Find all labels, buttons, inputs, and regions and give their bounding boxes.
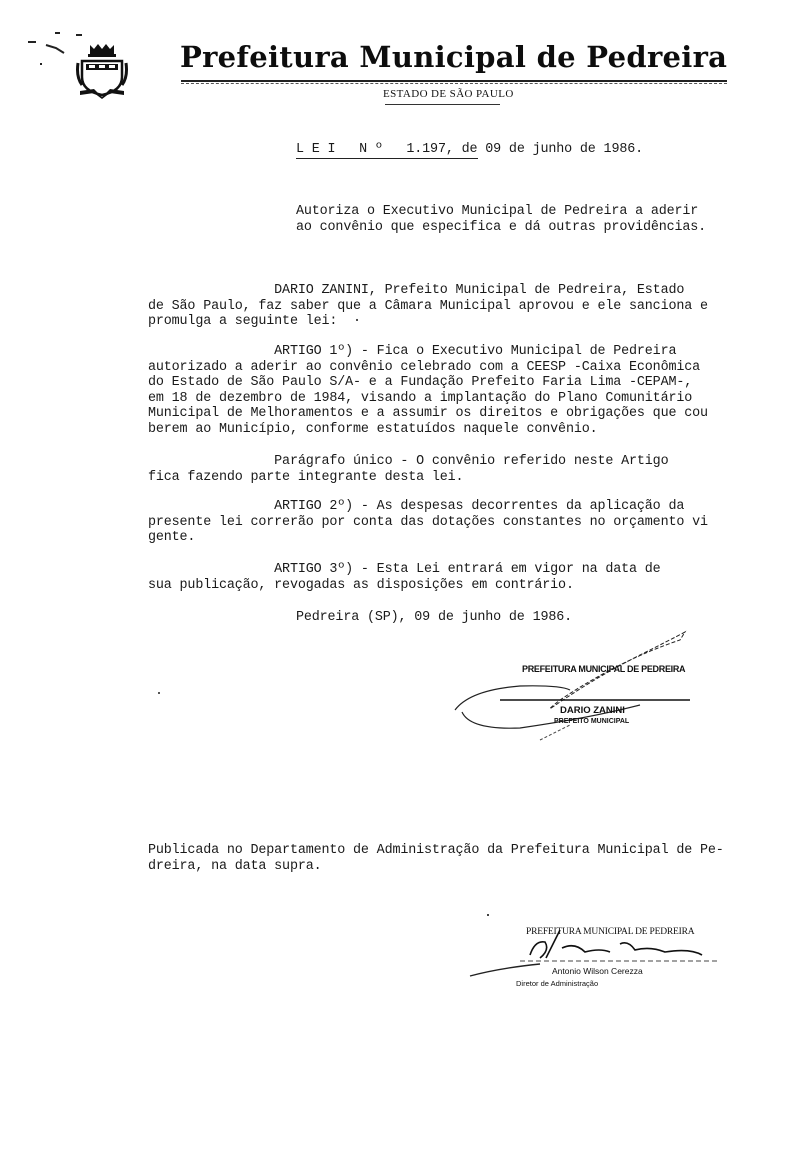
article-line: gente.	[148, 530, 708, 546]
law-number-underline	[296, 158, 478, 159]
law-heading: L E I N º 1.197, de 09 de junho de 1986.	[296, 142, 643, 158]
publication-note: Publicada no Departamento de Administraç…	[148, 843, 724, 874]
publication-line: dreira, na data supra.	[148, 859, 724, 875]
title-divider	[181, 80, 727, 82]
preamble-line: de São Paulo, faz saber que a Câmara Mun…	[148, 299, 708, 315]
article-line: ARTIGO 2º) - As despesas decorrentes da …	[148, 499, 708, 515]
director-stamp: PREFEITURA MUNICIPAL DE PEDREIRA	[526, 927, 694, 937]
article-line: Municipal de Melhoramentos e a assumir o…	[148, 406, 708, 422]
article-line: autorizado a aderir ao convênio celebrad…	[148, 360, 708, 376]
preamble-line: promulga a seguinte lei: ·	[148, 314, 708, 330]
municipal-coat-of-arms-icon	[76, 43, 128, 99]
scan-speck	[158, 692, 160, 694]
sole-paragraph: Parágrafo único - O convênio referido ne…	[148, 454, 668, 485]
article-line: sua publicação, revogadas as disposições…	[148, 578, 661, 594]
article-2: ARTIGO 2º) - As despesas decorrentes da …	[148, 499, 708, 546]
article-line: fica fazendo parte integrante desta lei.	[148, 470, 668, 486]
law-date: , de 09 de junho de 1986.	[446, 142, 643, 157]
article-1: ARTIGO 1º) - Fica o Executivo Municipal …	[148, 344, 708, 438]
article-line: Parágrafo único - O convênio referido ne…	[148, 454, 668, 470]
title-divider-secondary	[181, 83, 727, 84]
article-line: ARTIGO 3º) - Esta Lei entrará em vigor n…	[148, 562, 661, 578]
preamble: DARIO ZANINI, Prefeito Municipal de Pedr…	[148, 283, 708, 330]
article-line: ARTIGO 1º) - Fica o Executivo Municipal …	[148, 344, 708, 360]
director-role: Diretor de Administração	[516, 979, 598, 988]
ementa-line: Autoriza o Executivo Municipal de Pedrei…	[296, 204, 706, 220]
article-line: em 18 de dezembro de 1984, visando a imp…	[148, 391, 708, 407]
state-subtitle: ESTADO DE SÃO PAULO	[383, 88, 514, 100]
law-ementa: Autoriza o Executivo Municipal de Pedrei…	[296, 204, 706, 235]
page-title: Prefeitura Municipal de Pedreira	[180, 40, 727, 74]
preamble-line: DARIO ZANINI, Prefeito Municipal de Pedr…	[148, 283, 708, 299]
article-line: presente lei correrão por conta das dota…	[148, 515, 708, 531]
director-name: Antonio Wilson Cerezza	[552, 966, 643, 976]
mayor-role: PREFEITO MUNICIPAL	[554, 718, 629, 725]
mayor-name: DARIO ZANINI	[560, 705, 625, 716]
article-line: berem ao Município, conforme estatuídos …	[148, 422, 708, 438]
subtitle-divider	[385, 104, 500, 105]
ementa-line: ao convênio que especifica e dá outras p…	[296, 220, 706, 236]
law-number: L E I N º 1.197	[296, 142, 446, 157]
article-3: ARTIGO 3º) - Esta Lei entrará em vigor n…	[148, 562, 661, 593]
publication-line: Publicada no Departamento de Administraç…	[148, 843, 724, 859]
article-line: do Estado de São Paulo S/A- e a Fundação…	[148, 375, 708, 391]
mayor-stamp: PREFEITURA MUNICIPAL DE PEDREIRA	[522, 664, 685, 674]
place-date: Pedreira (SP), 09 de junho de 1986.	[296, 610, 572, 626]
